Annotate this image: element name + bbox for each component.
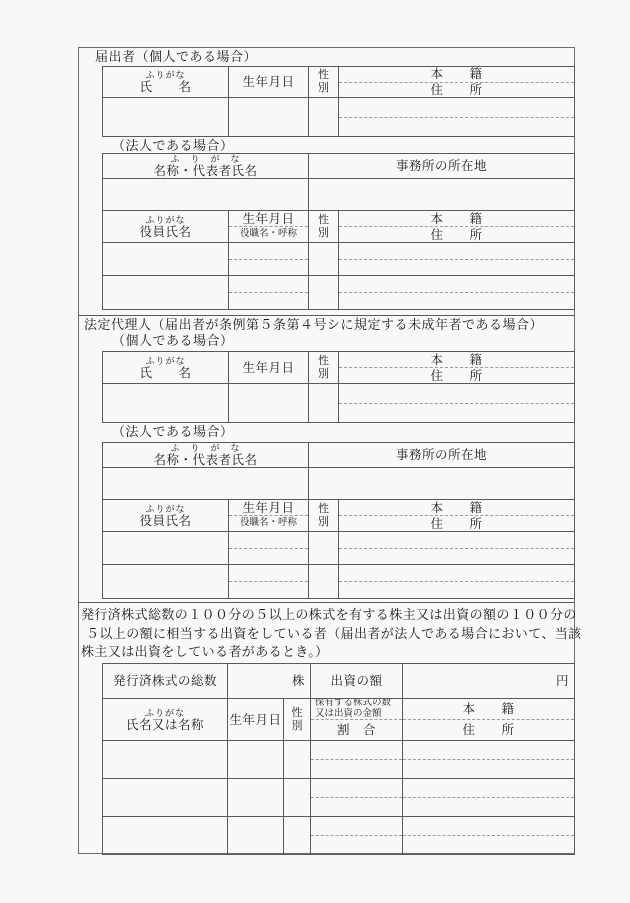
header-row: ふりがな 氏 名 生年月日 性 別 本 籍 住 所 xyxy=(103,352,574,384)
totals-row: 発行済株式の総数 株 出資の額 円 xyxy=(103,664,574,699)
corp-name-entry-cell xyxy=(103,179,309,210)
shareholders-paragraph: 発行済株式総数の１００分の５以上の株式を有する株主又は出資の額の１００分の ５以… xyxy=(81,606,582,662)
section-heading-notifier-individual: 届出者（個人である場合） xyxy=(95,49,257,64)
holdings-label-line1: 保有する株式の数 xyxy=(315,699,391,709)
sex-entry-cell xyxy=(309,98,339,136)
form-page: 届出者（個人である場合） ふりがな 氏 名 生年月日 性 別 本 籍 住 所 xyxy=(0,0,630,903)
holdings-label-line2: 又は出資の金額 xyxy=(315,709,382,720)
section-heading-notifier-corporate: （法人である場合） xyxy=(112,138,234,153)
holdings-header: 保有する株式の数 又は出資の金額 xyxy=(311,699,402,720)
birth-date-label: 生年月日 xyxy=(242,75,294,89)
holder-header-row: ふりがな 氏名又は名称 生年月日 性 別 保有する株式の数 又は出資の金額 割 … xyxy=(103,699,574,741)
officer-header-row: ふりがな 役員氏名 生年月日 役職名・呼称 性 別 本 籍 住 所 xyxy=(103,211,574,243)
officer-entry-row xyxy=(103,243,574,276)
name-header-cell: ふりがな 氏 名 xyxy=(103,352,229,383)
officer-entry-row xyxy=(103,532,574,565)
sex-header-cell: 性 別 xyxy=(309,67,339,97)
corp-entry-row xyxy=(103,179,574,211)
section-divider-2 xyxy=(78,602,575,603)
officer-entry-row xyxy=(103,565,574,598)
corp-entry-row xyxy=(103,468,574,500)
birth-title-header-cell: 生年月日 役職名・呼称 xyxy=(229,500,309,531)
domicile-address-header-cell: 本 籍 住 所 xyxy=(339,67,574,97)
birth-date-header-cell: 生年月日 xyxy=(229,352,309,383)
domicile-address-header-cell: 本 籍 住 所 xyxy=(403,699,574,740)
sex-header-cell: 性 別 xyxy=(284,699,311,740)
furigana-label: ふりがな xyxy=(145,70,185,80)
shares-unit-label: 株 xyxy=(292,674,305,688)
domicile-header: 本 籍 xyxy=(339,67,574,83)
investment-amount-label: 出資の額 xyxy=(330,674,382,688)
domicile-header: 本 籍 xyxy=(339,211,574,227)
paragraph-line-2: ５以上の額に相当する出資をしている者（届出者が法人である場合において、当該 xyxy=(81,625,582,644)
section-heading-legal-rep-individual: （個人である場合） xyxy=(112,333,234,348)
officer-entry-row xyxy=(103,276,574,309)
notifier-corporate-table: ふ り が な 名称・代表者氏名 事務所の所在地 ふりがな 役員氏名 生年月日 … xyxy=(102,153,575,310)
sex-label-top: 性 xyxy=(318,69,329,82)
name-label: 氏 名 xyxy=(139,80,191,94)
investment-amount-entry-cell: 円 xyxy=(403,664,574,698)
birth-date-header-cell: 生年月日 xyxy=(228,699,284,740)
office-location-label: 事務所の所在地 xyxy=(396,159,487,173)
section-heading-legal-rep: 法定代理人（届出者が条例第５条第４号シに規定する未成年者である場合） xyxy=(84,317,543,332)
birth-date-header: 生年月日 xyxy=(229,211,308,227)
corp-name-header-cell: ふ り が な 名称・代表者氏名 xyxy=(103,443,309,467)
total-shares-header-cell: 発行済株式の総数 xyxy=(103,664,228,698)
office-location-entry-cell xyxy=(309,179,574,210)
address-header: 住 所 xyxy=(339,83,574,98)
holder-entry-row xyxy=(103,741,574,779)
corp-name-label: 名称・代表者氏名 xyxy=(153,164,257,178)
paragraph-line-1: 発行済株式総数の１００分の５以上の株式を有する株主又は出資の額の１００分の xyxy=(81,606,582,625)
domicile-address-entry-cell xyxy=(339,98,574,136)
header-row: ふりがな 氏 名 生年月日 性 別 本 籍 住 所 xyxy=(103,67,574,98)
corp-header-row: ふ り が な 名称・代表者氏名 事務所の所在地 xyxy=(103,443,574,468)
officer-name-header-cell: ふりがな 役員氏名 xyxy=(103,211,229,242)
birth-title-header-cell: 生年月日 役職名・呼称 xyxy=(229,211,309,242)
section-heading-legal-rep-corporate: （法人である場合） xyxy=(112,424,234,439)
address-header: 住 所 xyxy=(339,227,574,242)
name-entry-cell xyxy=(103,98,229,136)
officer-name-label: 役員氏名 xyxy=(139,225,191,239)
furigana-label: ふりがな xyxy=(145,215,185,225)
holder-entry-row xyxy=(103,779,574,817)
birth-date-header-cell: 生年月日 xyxy=(229,67,309,97)
name-header-cell: ふりがな 氏 名 xyxy=(103,67,229,97)
legal-rep-corporate-table: ふ り が な 名称・代表者氏名 事務所の所在地 ふりがな 役員氏名 生年月日 … xyxy=(102,442,575,599)
office-location-header-cell: 事務所の所在地 xyxy=(309,154,574,178)
officer-title-header: 役職名・呼称 xyxy=(229,227,308,242)
holder-name-header-cell: ふりがな 氏名又は名称 xyxy=(103,699,228,740)
holdings-ratio-header-cell: 保有する株式の数 又は出資の金額 割 合 xyxy=(311,699,403,740)
legal-rep-individual-table: ふりがな 氏 名 生年月日 性 別 本 籍 住 所 xyxy=(102,351,575,423)
birth-date-entry-cell xyxy=(229,98,309,136)
officer-name-header-cell: ふりがな 役員氏名 xyxy=(103,500,229,531)
total-shares-label: 発行済株式の総数 xyxy=(113,674,217,688)
notifier-individual-table: ふりがな 氏 名 生年月日 性 別 本 籍 住 所 xyxy=(102,66,575,137)
corp-header-row: ふ り が な 名称・代表者氏名 事務所の所在地 xyxy=(103,154,574,179)
domicile-address-header-cell: 本 籍 住 所 xyxy=(339,500,574,531)
sex-header-cell: 性 別 xyxy=(309,500,339,531)
section-divider-1 xyxy=(78,315,575,316)
entry-row xyxy=(103,98,574,136)
shareholders-table: 発行済株式の総数 株 出資の額 円 ふりがな 氏名又は名称 生年月日 性 別 xyxy=(102,663,575,855)
sex-header-cell: 性 別 xyxy=(309,211,339,242)
holder-name-label: 氏名又は名称 xyxy=(126,718,204,732)
ratio-header: 割 合 xyxy=(311,720,402,740)
paragraph-line-3: 株主又は出資をしている者があるとき。） xyxy=(81,643,582,662)
furigana-label: ふ り が な xyxy=(170,154,240,164)
domicile-address-header-cell: 本 籍 住 所 xyxy=(339,211,574,242)
corp-name-header-cell: ふ り が な 名称・代表者氏名 xyxy=(103,154,309,178)
holder-entry-row xyxy=(103,817,574,854)
sex-header-cell: 性 別 xyxy=(309,352,339,383)
office-location-header-cell: 事務所の所在地 xyxy=(309,443,574,467)
investment-amount-header-cell: 出資の額 xyxy=(311,664,403,698)
entry-row xyxy=(103,384,574,422)
officer-header-row: ふりがな 役員氏名 生年月日 役職名・呼称 性 別 本 籍 住 所 xyxy=(103,500,574,532)
yen-unit-label: 円 xyxy=(556,674,569,688)
domicile-address-header-cell: 本 籍 住 所 xyxy=(339,352,574,383)
total-shares-entry-cell: 株 xyxy=(228,664,311,698)
sex-label-bottom: 別 xyxy=(318,82,329,95)
